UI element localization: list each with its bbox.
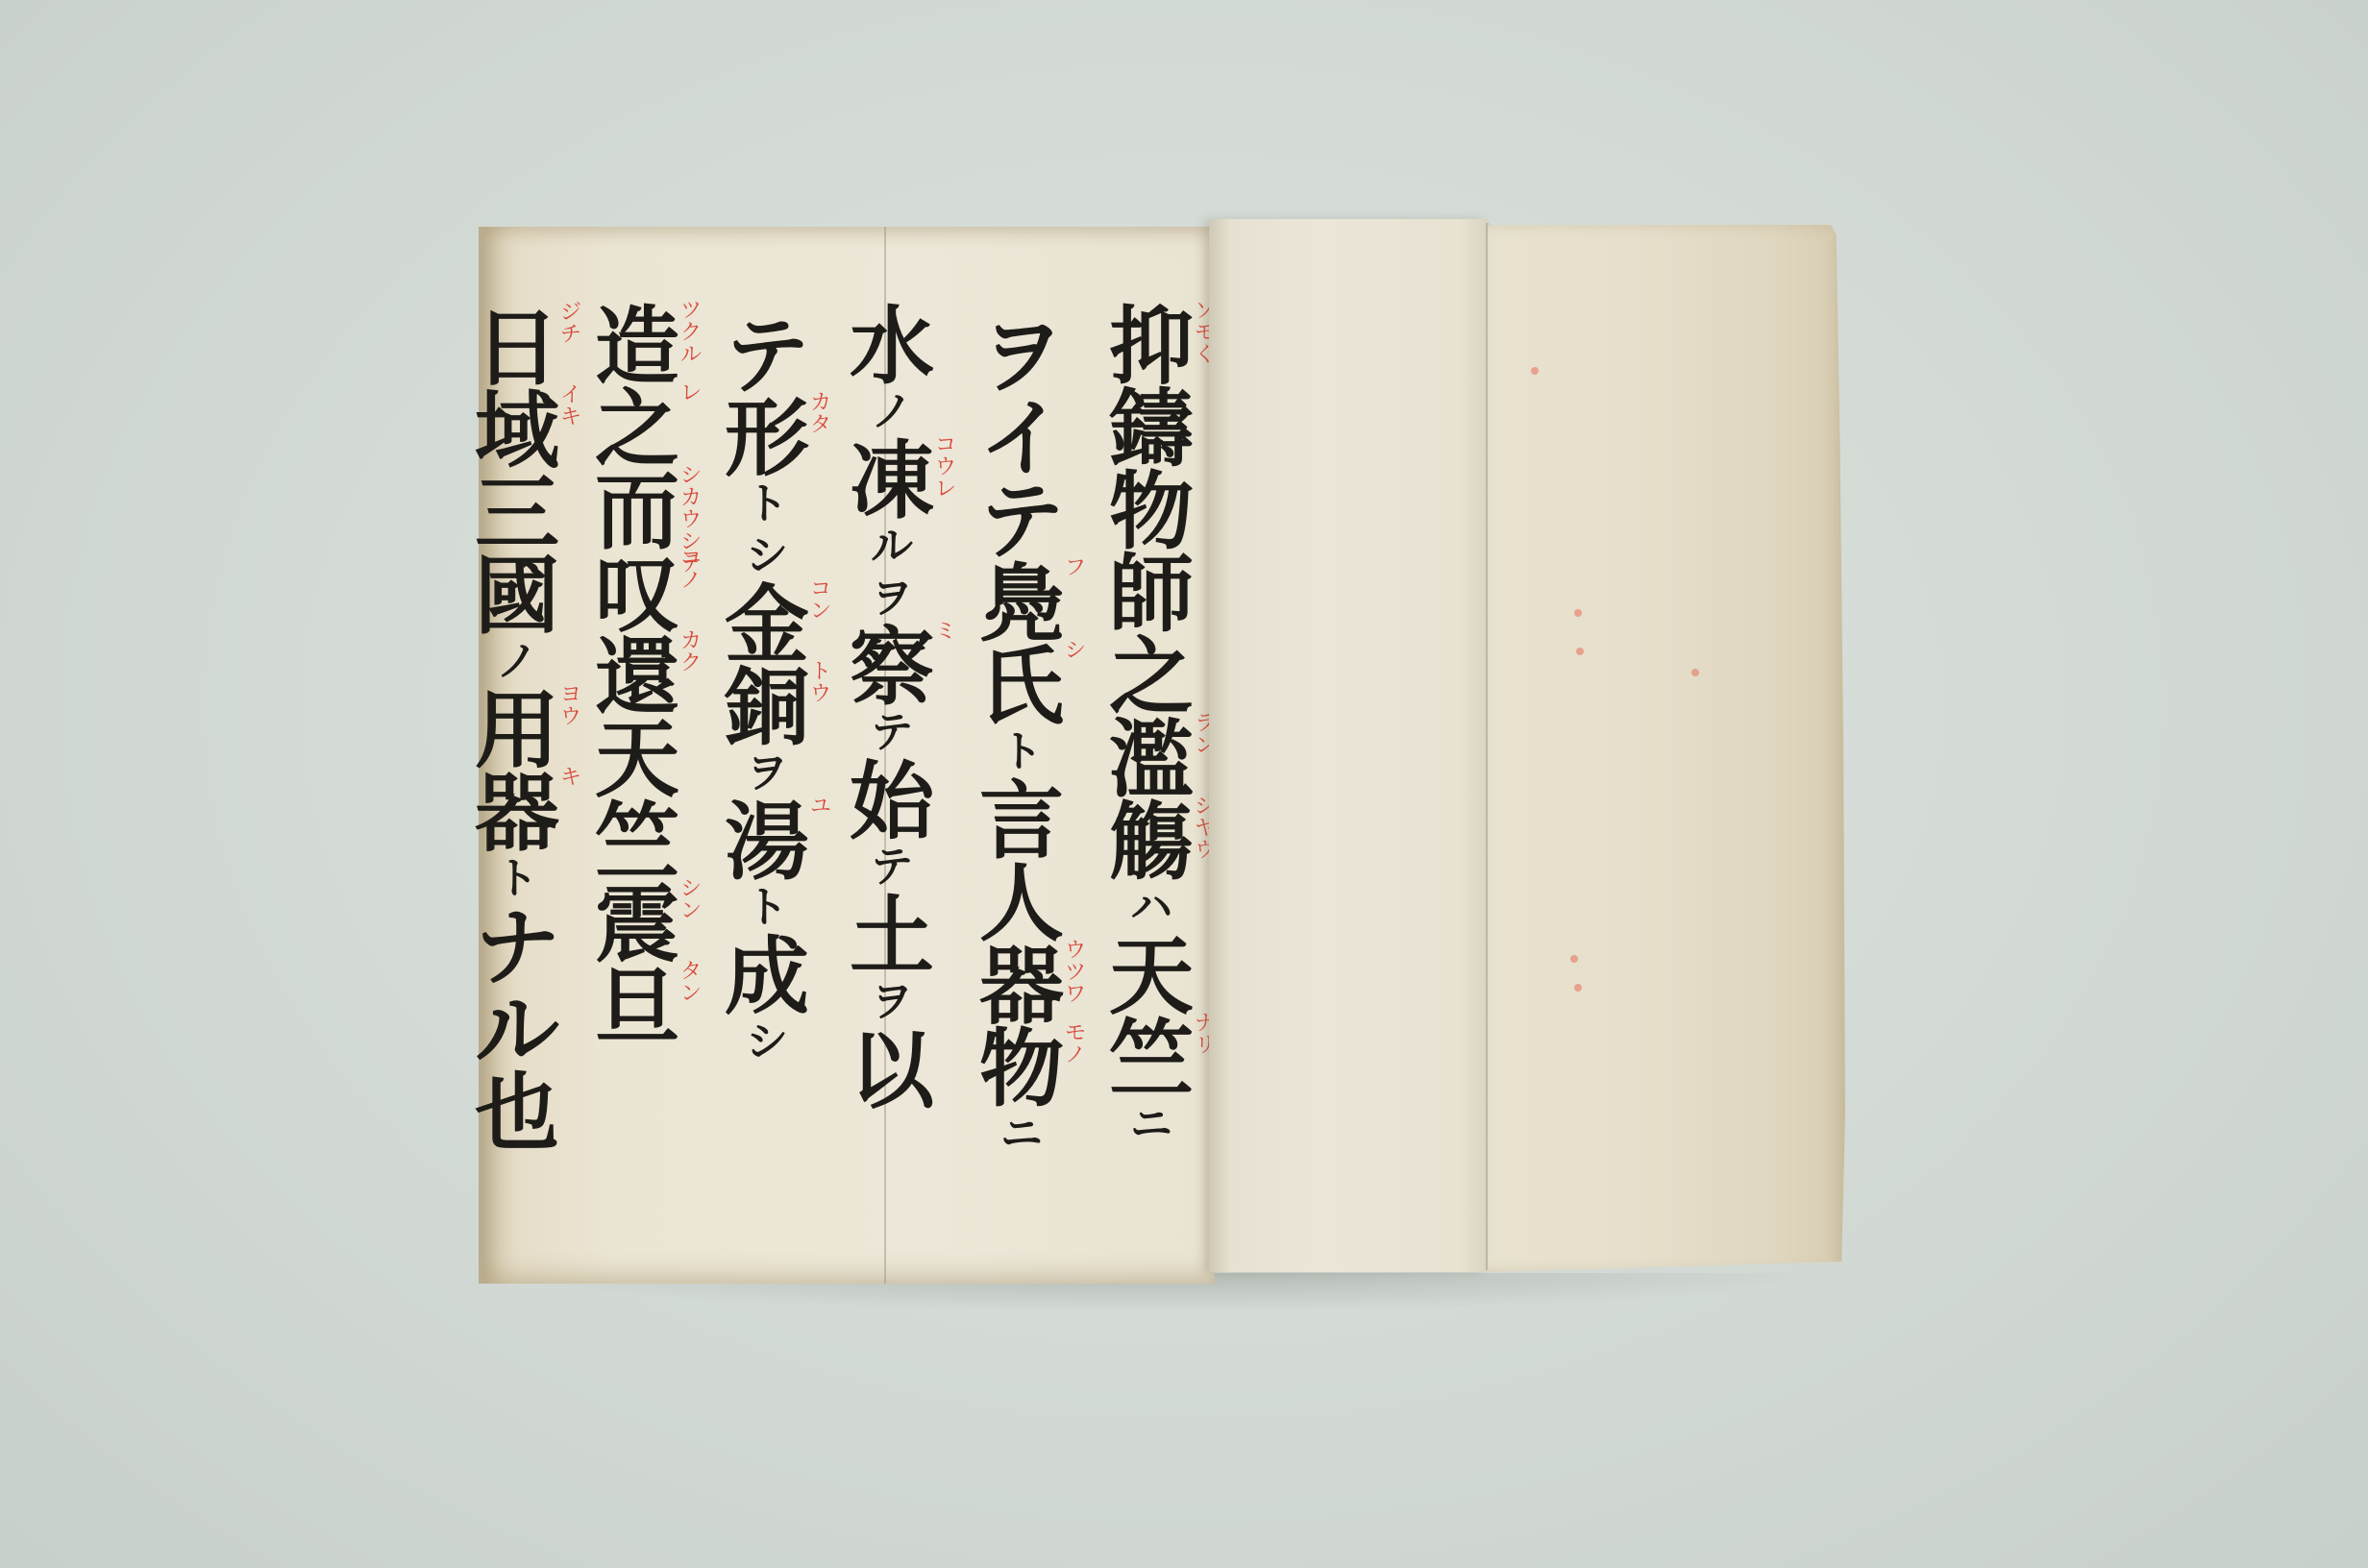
- character: 鑄: [1109, 386, 1194, 469]
- character: 水: [850, 304, 934, 386]
- furigana-reading: ウ ツ ワ: [1064, 940, 1087, 1006]
- character: 竺: [595, 799, 679, 882]
- character: 震: [595, 882, 679, 965]
- open-book: 抑鑄物師之濫觴ハ天竺ニソモ くラ ンジ ヤ ウナ リヲイテ鳧氏ト言人器物ニフシウ…: [479, 219, 1851, 1286]
- furigana-reading: イ キ: [559, 384, 582, 429]
- blank-page: [1488, 225, 1845, 1272]
- furigana-reading: フ: [1064, 557, 1087, 579]
- character: テ: [725, 313, 809, 396]
- character: 造: [595, 304, 679, 386]
- character: 之: [595, 386, 679, 469]
- character: 而: [595, 469, 679, 551]
- furigana-reading: レ: [679, 382, 703, 404]
- character: 也: [475, 1070, 559, 1153]
- furigana-reading: モ ノ: [1064, 1022, 1087, 1066]
- character: 始: [850, 759, 934, 842]
- folded-flap: [1209, 219, 1488, 1272]
- text-column-2: ヲイテ鳧氏ト言人器物ニ: [964, 313, 1079, 1161]
- character: 日: [475, 306, 559, 388]
- character: 銅: [725, 665, 809, 747]
- character: テ: [979, 478, 1064, 561]
- character: 旦: [595, 965, 679, 1047]
- furigana-reading: カ タ: [809, 392, 832, 436]
- furigana-reading: ユ: [809, 796, 832, 818]
- furigana-reading: ツ ク ル: [679, 300, 703, 366]
- character: ニ: [1130, 1099, 1172, 1151]
- text-column-1: 抑鑄物師之濫觴ハ天竺ニ: [1094, 304, 1209, 1151]
- character: 形: [725, 396, 809, 478]
- furigana-reading: カ ク: [679, 630, 703, 674]
- character: 用: [475, 688, 559, 771]
- character: 濫: [1109, 717, 1194, 799]
- furigana-reading: ト ウ: [809, 661, 832, 705]
- character: 師: [1109, 551, 1194, 634]
- character: 成: [725, 934, 809, 1017]
- red-ink-mark: [1576, 648, 1584, 655]
- character: 之: [1109, 634, 1194, 717]
- furigana-reading: タ ン: [679, 961, 703, 1005]
- furigana-reading: キ: [559, 767, 582, 789]
- furigana-reading: ヨ ウ: [559, 684, 582, 728]
- character: 氏: [979, 644, 1064, 726]
- character: 物: [979, 1026, 1064, 1109]
- red-ink-mark: [1691, 669, 1699, 676]
- character: 金: [725, 582, 809, 665]
- text-column-6: 日域三國ノ用器トナル也: [459, 306, 575, 1153]
- character: ト: [746, 478, 788, 530]
- character: 天: [1109, 934, 1194, 1017]
- character: 抑: [1109, 304, 1194, 386]
- character: 凍: [850, 438, 934, 521]
- red-ink-mark: [1574, 609, 1582, 617]
- character: 器: [979, 943, 1064, 1026]
- character: 三: [475, 471, 559, 553]
- character: 觴: [1109, 799, 1194, 882]
- text-column-5: 造之而叹還天竺震旦: [580, 304, 695, 1047]
- red-ink-mark: [1574, 984, 1582, 992]
- text-column-4: テ形トシ金銅ヲ湯ト成シ: [709, 313, 825, 1068]
- character: イ: [979, 396, 1064, 478]
- furigana-reading: シ ン: [679, 878, 703, 922]
- furigana-reading: コ ノ: [679, 548, 703, 592]
- character: 叹: [595, 551, 679, 634]
- character: 器: [475, 771, 559, 853]
- character: 還: [595, 634, 679, 717]
- character: 鳧: [979, 561, 1064, 644]
- character: 國: [475, 553, 559, 636]
- text-column-3: 水ノ凍ルヲ察テ始テ土ヲ以: [834, 304, 950, 1111]
- furigana-reading: シ: [1064, 640, 1087, 662]
- character: シ: [746, 1017, 788, 1068]
- red-ink-mark: [1570, 955, 1578, 963]
- character: ヲ: [979, 313, 1064, 396]
- character: 湯: [725, 799, 809, 882]
- character: 土: [850, 894, 934, 976]
- character: 天: [595, 717, 679, 799]
- character: 物: [1109, 469, 1194, 551]
- character: ル: [475, 988, 559, 1070]
- furigana-reading: ミ: [934, 621, 957, 643]
- character: ニ: [1000, 1109, 1043, 1161]
- furigana-reading: コ ウ レ: [934, 434, 957, 501]
- character: 人: [979, 861, 1064, 943]
- character: ル: [871, 521, 913, 573]
- furigana-reading: コ ン: [809, 578, 832, 623]
- character: 察: [850, 625, 934, 707]
- red-ink-mark: [1531, 367, 1539, 375]
- written-page: 抑鑄物師之濫觴ハ天竺ニソモ くラ ンジ ヤ ウナ リヲイテ鳧氏ト言人器物ニフシウ…: [479, 227, 1215, 1284]
- character: 言: [979, 778, 1064, 861]
- character: 竺: [1109, 1017, 1194, 1099]
- character: 以: [850, 1028, 934, 1111]
- character: ナ: [475, 905, 559, 988]
- furigana-reading: ジ チ: [559, 302, 582, 346]
- character: 域: [475, 388, 559, 471]
